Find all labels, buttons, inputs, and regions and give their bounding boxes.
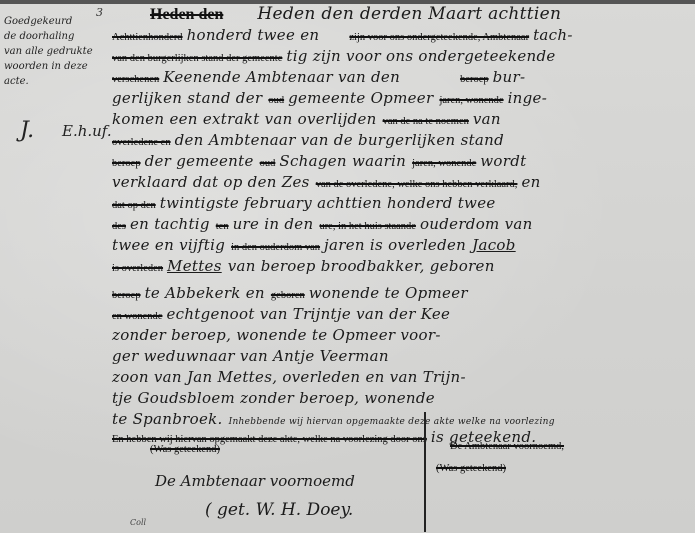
- signature-block-right: De Ambtenaar voornoemd, (Was geteekend): [450, 434, 568, 475]
- handwritten-text: Schagen waarin: [279, 152, 406, 170]
- printed-text-struck: Heden den: [150, 6, 223, 24]
- printed-text-struck: in den ouderdom van: [231, 242, 320, 253]
- margin-initials-2: E.h.uf.: [62, 122, 112, 140]
- handwritten-text: Jacob: [472, 236, 516, 254]
- handwritten-text: Mettes: [167, 257, 222, 275]
- handwritten-text: tach-: [533, 26, 573, 44]
- handwritten-text: komen een extrakt van overlijden: [112, 110, 377, 128]
- certificate-line: is overleden Mettes van beroep broodbakk…: [112, 257, 501, 279]
- handwritten-text: jaren is overleden: [324, 236, 466, 254]
- handwritten-text: der gemeente: [145, 152, 254, 170]
- printed-text-struck: oud: [260, 158, 276, 169]
- handwritten-text: bur-: [493, 68, 526, 86]
- certificate-line: beroep te Abbekerk en geboren wonende te…: [112, 284, 474, 306]
- certificate-line: verklaard dat op den Zes van de overlede…: [112, 173, 547, 195]
- printed-text-struck: Achttienhonderd: [112, 32, 183, 43]
- handwritten-text: wonende te Opmeer: [309, 284, 468, 302]
- collation-mark: Coll: [130, 518, 146, 527]
- certificate-line: van den burgerlijken stand der gemeente …: [112, 47, 562, 69]
- printed-text-struck: van de overledene, welke ons hebben verk…: [316, 179, 518, 190]
- handwritten-text: te Spanbroek.: [112, 410, 223, 428]
- certificate-line: komen een extrakt van overlijden van de …: [112, 110, 507, 132]
- handwritten-text: twee en vijftig: [112, 236, 225, 254]
- handwritten-text: inge-: [508, 89, 548, 107]
- printed-text-struck: verschenen: [112, 74, 159, 85]
- printed-text-struck: van de na te noemen: [383, 116, 469, 127]
- margin-note-line: Goedgekeurd: [4, 14, 114, 29]
- certificate-line: dat op den twintigste february achttien …: [112, 194, 502, 216]
- was-signed-struck: (Was geteekend): [150, 444, 220, 455]
- printed-text-struck: zijn voor ons ondergeteekende, Ambtenaar: [349, 32, 529, 43]
- printed-text-struck: ten: [216, 221, 229, 232]
- printed-text-struck: geboren: [271, 290, 305, 301]
- handwritten-text-small: Inhebbende wij hiervan opgemaakte deze a…: [229, 417, 555, 427]
- handwritten-text: Keenende Ambtenaar van den: [163, 68, 400, 86]
- handwritten-text: van beroep broodbakker, geboren: [228, 257, 495, 275]
- certificate-line: en wonende echtgenoot van Trijntje van d…: [112, 305, 456, 327]
- handwritten-text: honderd twee en: [187, 26, 320, 44]
- officer-title-struck: De Ambtenaar voornoemd,: [450, 441, 564, 452]
- printed-text-struck: en wonende: [112, 311, 162, 322]
- printed-text-struck: des: [112, 221, 126, 232]
- handwritten-text: tig zijn voor ons ondergeteekende: [286, 47, 555, 65]
- certificate-line: Heden den Heden den derden Maart achttie…: [150, 4, 567, 26]
- officer-signature: ( get. W. H. Doey.: [205, 500, 353, 520]
- printed-text-struck: is overleden: [112, 263, 163, 274]
- signature-block-left: (Was geteekend): [150, 437, 224, 456]
- printed-text-struck: oud: [268, 95, 284, 106]
- handwritten-text: ger weduwnaar van Antje Veerman: [112, 347, 389, 365]
- handwritten-text: te Abbekerk en: [145, 284, 265, 302]
- certificate-line: beroep der gemeente oud Schagen waarin j…: [112, 152, 532, 174]
- handwritten-text: verklaard dat op den Zes: [112, 173, 310, 191]
- handwritten-text: en tachtig: [130, 215, 210, 233]
- handwritten-text: tje Goudsbloem zonder beroep, wonende: [112, 389, 435, 407]
- certificate-line: zoon van Jan Mettes, overleden en van Tr…: [112, 368, 472, 390]
- handwritten-text: Heden den derden Maart achttien: [257, 4, 561, 24]
- printed-text-struck: jaren, wonende: [439, 95, 503, 106]
- printed-text-struck: ure, in het huis staande: [319, 221, 416, 232]
- certificate-line: verschenen Keenende Ambtenaar van den be…: [112, 68, 531, 90]
- certificate-line: Achttienhonderd honderd twee en zijn voo…: [112, 26, 579, 48]
- signature-bracket: [424, 412, 426, 532]
- margin-note-line: acte.: [4, 74, 114, 89]
- was-signed-struck: (Was geteekend): [436, 463, 506, 474]
- handwritten-text: wordt: [480, 152, 526, 170]
- handwritten-text: gemeente Opmeer: [288, 89, 433, 107]
- officer-handwritten-title: De Ambtenaar voornoemd: [155, 472, 355, 490]
- handwritten-text: echtgenoot van Trijntje van der Kee: [166, 305, 450, 323]
- scanned-certificate-page: 3 Goedgekeurd de doorhaling van alle ged…: [0, 0, 695, 533]
- certificate-line: gerlijken stand der oud gemeente Opmeer …: [112, 89, 553, 111]
- printed-text-struck: dat op den: [112, 200, 156, 211]
- handwritten-text: van: [473, 110, 501, 128]
- certificate-line: twee en vijftig in den ouderdom van jare…: [112, 236, 522, 258]
- margin-note-line: van alle gedrukte: [4, 44, 114, 59]
- handwritten-text: den Ambtenaar van de burgerlijken stand: [175, 131, 504, 149]
- printed-text-struck: van den burgerlijken stand der gemeente: [112, 53, 282, 64]
- margin-initials: J.: [20, 118, 34, 143]
- certificate-line: ger weduwnaar van Antje Veerman: [112, 347, 395, 369]
- certificate-line: overledene en den Ambtenaar van de burge…: [112, 131, 510, 153]
- margin-note-line: de doorhaling: [4, 29, 114, 44]
- certificate-line: tje Goudsbloem zonder beroep, wonende: [112, 389, 441, 411]
- handwritten-text: zonder beroep, wonende te Opmeer voor-: [112, 326, 441, 344]
- handwritten-text: en: [521, 173, 540, 191]
- printed-text-struck: overledene en: [112, 137, 171, 148]
- handwritten-text: ouderdom van: [420, 215, 533, 233]
- handwritten-text: zoon van Jan Mettes, overleden en van Tr…: [112, 368, 466, 386]
- margin-approval-note: Goedgekeurd de doorhaling van alle gedru…: [4, 14, 114, 89]
- printed-text-struck: jaren, wonende: [412, 158, 476, 169]
- handwritten-text: ure in den: [233, 215, 314, 233]
- handwritten-text: twintigste february achttien honderd twe…: [160, 194, 496, 212]
- margin-note-line: woorden in deze: [4, 59, 114, 74]
- printed-text-struck: beroep: [460, 74, 489, 85]
- certificate-line: des en tachtig ten ure in den ure, in he…: [112, 215, 539, 237]
- printed-text-struck: beroep: [112, 158, 141, 169]
- printed-text-struck: beroep: [112, 290, 141, 301]
- handwritten-text: gerlijken stand der: [112, 89, 262, 107]
- certificate-line: zonder beroep, wonende te Opmeer voor-: [112, 326, 447, 348]
